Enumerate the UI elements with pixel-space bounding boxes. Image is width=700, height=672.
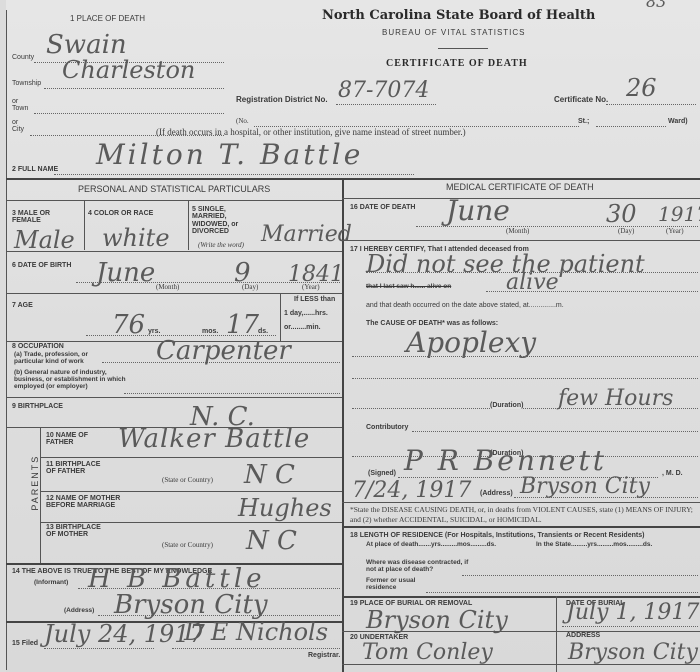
duration-value: few Hours — [558, 386, 673, 411]
signed-date: 7/24, 1917 — [352, 478, 471, 503]
physician-address: Bryson City — [520, 474, 650, 499]
occupation-b-label: (b) General nature of industry, business… — [14, 370, 132, 390]
birthplace-label: 9 BIRTHPLACE — [12, 403, 63, 410]
death-certificate: North Carolina State Board of Health BUR… — [6, 0, 700, 672]
marital-label: 5 SINGLE, MARRIED, WIDOWED, or DIVORCED — [192, 206, 262, 235]
document-title: CERTIFICATE OF DEATH — [386, 58, 528, 69]
date-of-death-label: 16 DATE OF DEATH — [350, 204, 415, 211]
mother-birthplace-value: N C — [246, 526, 297, 556]
mother-birthplace-label: 13 BIRTHPLACE OF MOTHER — [46, 524, 106, 539]
corner-mark: 83 — [646, 0, 666, 11]
burial-date-value: July 1, 1917 — [566, 600, 699, 625]
town-label: or Town — [12, 98, 32, 113]
ds-label: ds. — [258, 328, 268, 335]
sex-value: Male — [14, 226, 75, 254]
personal-section-title: PERSONAL AND STATISTICAL PARTICULARS — [78, 185, 270, 194]
mos-label: mos. — [202, 328, 218, 335]
marital-hint: (Write the word) — [198, 242, 244, 249]
father-birthplace-label: 11 BIRTHPLACE OF FATHER — [46, 461, 106, 476]
registrar-label: Registrar. — [308, 652, 340, 659]
registration-district-label: Registration District No. — [236, 96, 328, 104]
filed-date: July 24, 1917 — [44, 620, 205, 648]
hospital-note: (If death occurs in a hospital, or other… — [156, 128, 466, 137]
dod-month: June — [446, 194, 510, 227]
board-title: North Carolina State Board of Health — [322, 8, 595, 23]
marital-value: Married — [261, 222, 352, 247]
undertaker-address-value: Bryson City — [568, 640, 698, 665]
street-no-label: (No. — [236, 118, 249, 125]
duration-label: (Duration) — [490, 402, 523, 409]
physician-address-label: (Address) — [480, 490, 513, 497]
father-birthplace-value: N C — [244, 460, 295, 490]
day-hrs-label: 1 day,......hrs. — [284, 310, 328, 317]
less-than-label: If LESS than — [294, 296, 335, 303]
dod-year: 1917 — [658, 202, 700, 226]
filed-label: 15 Filed — [12, 640, 38, 647]
age-years: 76 — [112, 310, 145, 340]
dod-month-caption: (Month) — [506, 228, 529, 235]
dod-day-caption: (Day) — [618, 228, 634, 235]
age-label: 7 AGE — [12, 302, 33, 309]
physician-signature: P R Bennett — [404, 444, 607, 477]
contracted-label: Where was disease contracted, if not at … — [366, 560, 476, 574]
in-state-label: In the State.........yrs.........mos....… — [536, 542, 696, 549]
undertaker-value: Tom Conley — [362, 640, 493, 665]
former-residence-label: Former or usual residence — [366, 578, 436, 592]
cause-value: Apoplexy — [406, 326, 536, 359]
occupation-value: Carpenter — [156, 336, 291, 366]
registration-district-value: 87-7074 — [338, 78, 429, 103]
township-label: Township — [12, 80, 41, 87]
dob-month: June — [96, 258, 155, 288]
footnote: *State the DISEASE CAUSING DEATH, or, in… — [350, 505, 696, 525]
border — [6, 10, 7, 670]
year-caption: (Year) — [302, 284, 320, 291]
informant-address-value: Bryson City — [114, 590, 268, 620]
registrar-signature: D E Nichols — [184, 618, 328, 646]
full-name-value: Milton T. Battle — [96, 138, 363, 171]
state-or-country-father: (State or Country) — [162, 477, 213, 484]
alive-text: alive — [506, 270, 559, 295]
undertaker-address-label: ADDRESS — [566, 632, 600, 639]
sex-label: 3 MALE OR FEMALE — [12, 210, 72, 225]
residence-label: 18 LENGTH OF RESIDENCE (For Hospitals, I… — [350, 532, 644, 539]
mother-label: 12 NAME OF MOTHER BEFORE MARRIAGE — [46, 495, 146, 510]
dod-day: 30 — [606, 200, 637, 228]
state-or-country-mother: (State or Country) — [162, 542, 213, 549]
occurred-label: and that death occurred on the date abov… — [366, 302, 564, 309]
day-caption: (Day) — [242, 284, 258, 291]
ward-label: Ward) — [668, 118, 688, 125]
burial-place-value: Bryson City — [366, 606, 508, 634]
signed-label: (Signed) — [368, 470, 396, 477]
race-label: 4 COLOR OR RACE — [88, 210, 153, 217]
occupation-label: 8 OCCUPATION — [12, 343, 64, 350]
informant-address-label: (Address) — [64, 608, 94, 615]
dod-year-caption: (Year) — [666, 228, 684, 235]
divider — [438, 48, 488, 49]
yrs-label: yrs. — [148, 328, 160, 335]
father-label: 10 NAME OF FATHER — [46, 432, 106, 447]
informant-label: (Informant) — [34, 580, 68, 587]
mother-value: Hughes — [238, 494, 332, 522]
township-value: Charleston — [62, 56, 195, 84]
race-value: white — [102, 224, 170, 252]
full-name-label: 2 FULL NAME — [12, 166, 58, 173]
county-label: County — [12, 54, 34, 61]
father-value: Walker Battle — [118, 424, 310, 454]
medical-section-title: MEDICAL CERTIFICATE OF DEATH — [446, 183, 594, 192]
divider — [6, 178, 700, 180]
md-label: , M. D. — [662, 470, 683, 477]
certificate-no-value: 26 — [626, 74, 657, 102]
month-caption: (Month) — [156, 284, 179, 291]
place-of-death-label: 1 PLACE OF DEATH — [70, 15, 145, 23]
occupation-a-label: (a) Trade, profession, or particular kin… — [14, 352, 106, 366]
contributory-label: Contributory — [366, 424, 408, 431]
bureau-subtitle: BUREAU OF VITAL STATISTICS — [382, 28, 526, 37]
dob-label: 6 DATE OF BIRTH — [12, 262, 71, 269]
parents-label: PARENTS — [31, 455, 40, 511]
last-saw-label: that I last saw h...... alive on — [366, 284, 451, 291]
certificate-no-label: Certificate No. — [554, 96, 608, 104]
or-min-label: or........min. — [284, 324, 321, 331]
city-label: or City — [12, 119, 32, 134]
at-place-label: At place of death.......yrs.........mos.… — [366, 542, 536, 549]
street-label: St.; — [578, 118, 589, 125]
